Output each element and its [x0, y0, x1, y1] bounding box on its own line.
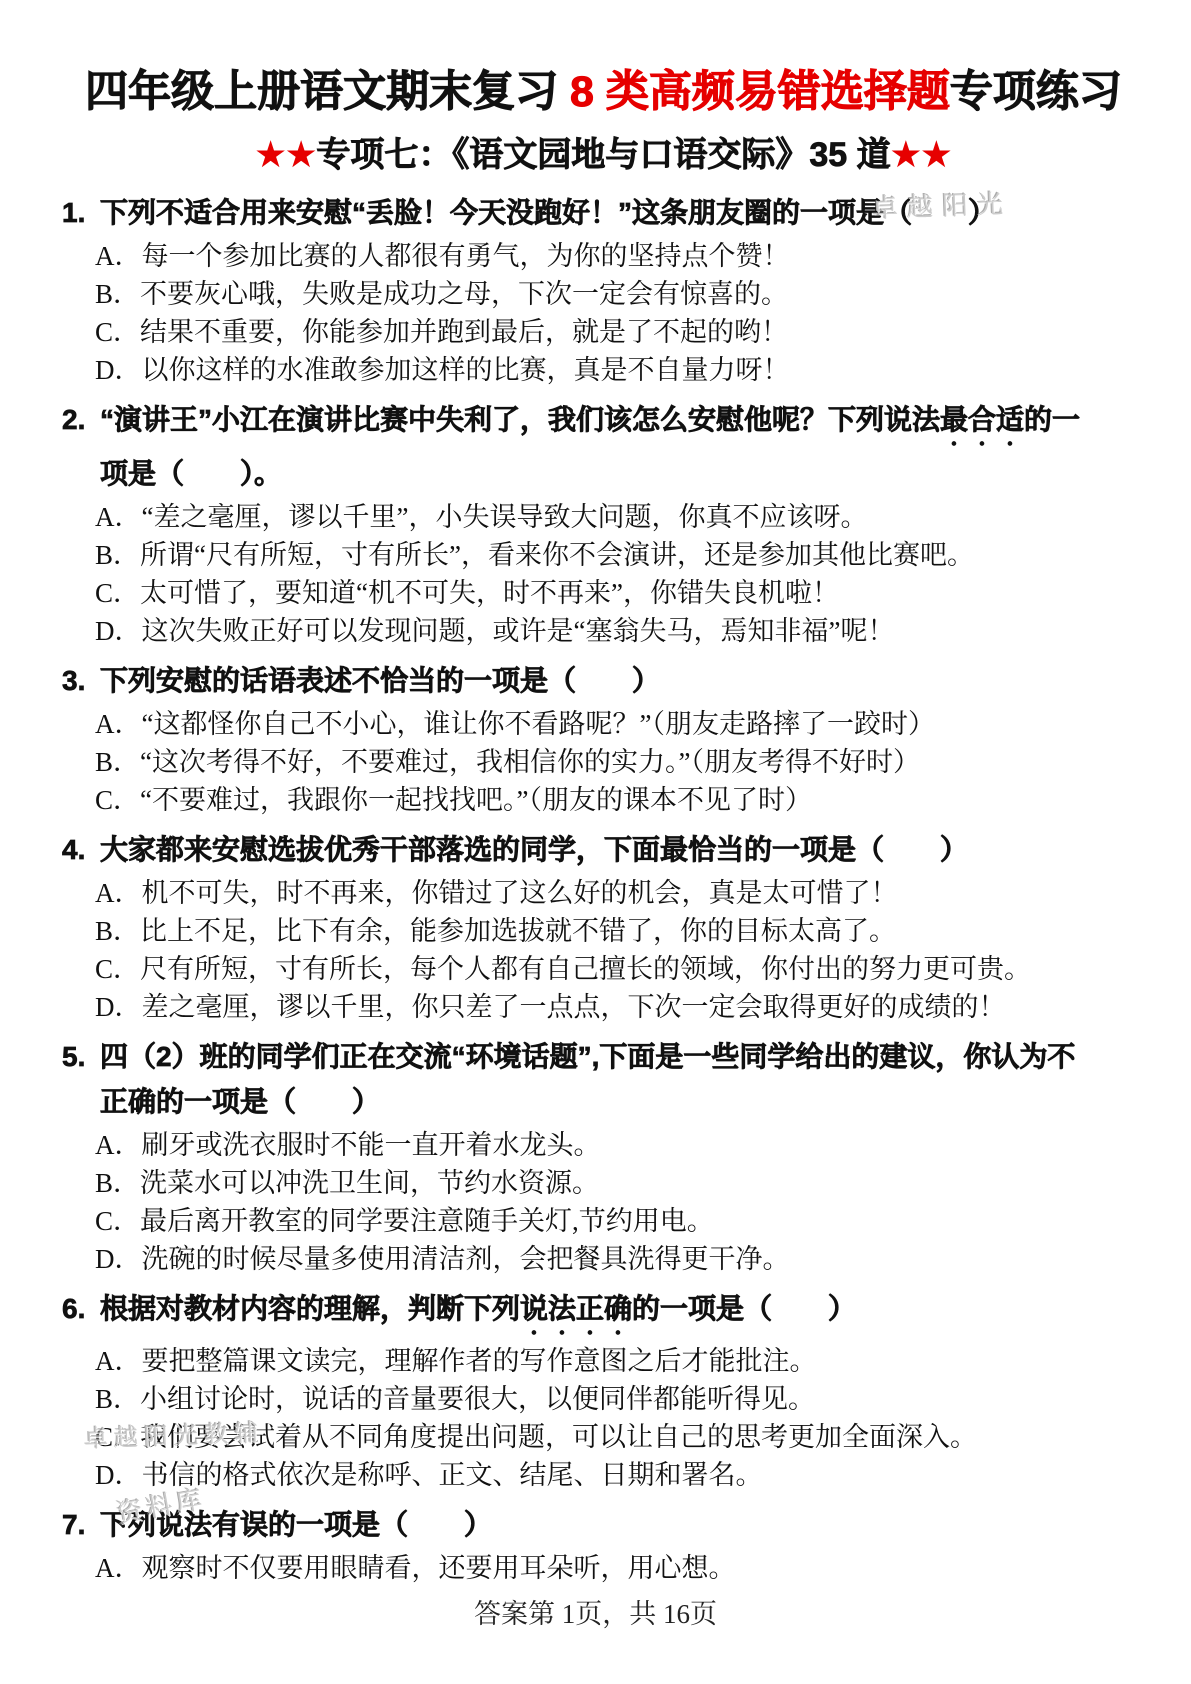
option: D．书信的格式依次是称呼、正文、结尾、日期和署名。: [95, 1456, 1145, 1494]
question-5: 5.四（2）班的同学们正在交流“环境话题”,下面是一些同学给出的建议，你认为不 …: [62, 1034, 1145, 1278]
option: A．“差之毫厘，谬以千里”，小失误导致大问题，你真不应该呀。: [95, 498, 1145, 536]
question-3: 3.下列安慰的话语表述不恰当的一项是（ ）A．“这都怪你自己不小心，谁让你不看路…: [62, 658, 1145, 819]
plain-text: 下列说法有误的一项是（ ）: [100, 1509, 492, 1540]
title-part-black-1: 四年级上册语文期末复习: [85, 68, 570, 116]
question-number: 3.: [62, 658, 100, 703]
question-title: 3.下列安慰的话语表述不恰当的一项是（ ）: [62, 658, 1145, 703]
question-title: 5.四（2）班的同学们正在交流“环境话题”,下面是一些同学给出的建议，你认为不 …: [62, 1034, 1145, 1124]
question-number: 7.: [62, 1502, 100, 1547]
option: B．比上不足，比下有余，能参加选拔就不错了，你的目标太高了。: [95, 912, 1145, 950]
option-list: A．每一个参加比赛的人都很有勇气，为你的坚持点个赞！B．不要灰心哦，失败是成功之…: [62, 237, 1145, 389]
question-4: 4.大家都来安慰选拔优秀干部落选的同学，下面最恰当的一项是（ ）A．机不可失，时…: [62, 827, 1145, 1026]
option: A．每一个参加比赛的人都很有勇气，为你的坚持点个赞！: [95, 237, 1145, 275]
page-content: 四年级上册语文期末复习 8 类高频易错选择题专项练习 ★★专项七：《语文园地与口…: [0, 0, 1191, 1587]
question-text: 下列安慰的话语表述不恰当的一项是（ ）: [100, 658, 660, 703]
option: A．刷牙或洗衣服时不能一直开着水龙头。: [95, 1126, 1145, 1164]
option-list: A．刷牙或洗衣服时不能一直开着水龙头。B．洗菜水可以冲洗卫生间，节约水资源。C．…: [62, 1126, 1145, 1278]
plain-text: 的一项是（ ）: [632, 1293, 856, 1324]
question-list: 1.下列不适合用来安慰“丢脸！今天没跑好！”这条朋友圈的一项是（ ）A．每一个参…: [62, 190, 1145, 1587]
page-title: 四年级上册语文期末复习 8 类高频易错选择题专项练习: [62, 68, 1145, 117]
option: C．“不要难过，我跟你一起找找吧。”（朋友的课本不见了时）: [95, 781, 1145, 819]
option: C．尺有所短，寸有所长，每个人都有自己擅长的领域，你付出的努力更可贵。: [95, 950, 1145, 988]
stars-left-icon: ★★: [255, 136, 316, 174]
emphasized-text: 最合适: [940, 404, 1024, 435]
question-title: 7.下列说法有误的一项是（ ）: [62, 1502, 1145, 1547]
question-text: 大家都来安慰选拔优秀干部落选的同学，下面最恰当的一项是（ ）: [100, 827, 968, 872]
option: C．太可惜了，要知道“机不可失，时不再来”，你错失良机啦！: [95, 574, 1145, 612]
option: B．所谓“尺有所短，寸有所长”，看来你不会演讲，还是参加其他比赛吧。: [95, 536, 1145, 574]
question-number: 5.: [62, 1034, 100, 1124]
option: B．小组讨论时，说话的音量要很大，以便同伴都能听得见。: [95, 1380, 1145, 1418]
option: D．洗碗的时候尽量多使用清洁剂，会把餐具洗得更干净。: [95, 1240, 1145, 1278]
question-number: 1.: [62, 190, 100, 235]
option-list: A．“差之毫厘，谬以千里”，小失误导致大问题，你真不应该呀。B．所谓“尺有所短，…: [62, 498, 1145, 650]
option-list: A．机不可失，时不再来，你错过了这么好的机会，真是太可惜了！B．比上不足，比下有…: [62, 874, 1145, 1026]
question-7: 7.下列说法有误的一项是（ ）A．观察时不仅要用眼睛看，还要用耳朵听，用心想。: [62, 1502, 1145, 1587]
option: B．不要灰心哦，失败是成功之母，下次一定会有惊喜的。: [95, 275, 1145, 313]
question-title: 6.根据对教材内容的理解，判断下列说法正确的一项是（ ）: [62, 1286, 1145, 1340]
plain-text: 下列安慰的话语表述不恰当的一项是（ ）: [100, 665, 660, 696]
option: A．要把整篇课文读完，理解作者的写作意图之后才能批注。: [95, 1342, 1145, 1380]
emphasized-text: 说法正确: [520, 1293, 632, 1324]
question-text: 下列不适合用来安慰“丢脸！今天没跑好！”这条朋友圈的一项是（ ）: [100, 190, 996, 235]
question-2: 2.“演讲王”小江在演讲比赛中失利了，我们该怎么安慰他呢？下列说法最合适的一 项…: [62, 397, 1145, 650]
question-title: 2.“演讲王”小江在演讲比赛中失利了，我们该怎么安慰他呢？下列说法最合适的一 项…: [62, 397, 1145, 496]
option: D．以你这样的水准敢参加这样的比赛，真是不自量力呀！: [95, 351, 1145, 389]
option-list: A．观察时不仅要用眼睛看，还要用耳朵听，用心想。: [62, 1549, 1145, 1587]
question-6: 6.根据对教材内容的理解，判断下列说法正确的一项是（ ）A．要把整篇课文读完，理…: [62, 1286, 1145, 1494]
option: A．观察时不仅要用眼睛看，还要用耳朵听，用心想。: [95, 1549, 1145, 1587]
title-part-black-2: 专项练习: [950, 68, 1122, 116]
option: A．“这都怪你自己不小心，谁让你不看路呢？”（朋友走路摔了一跤时）: [95, 705, 1145, 743]
question-number: 6.: [62, 1286, 100, 1340]
page-footer: 答案第 1页，共 16页: [0, 1592, 1191, 1631]
option: D．差之毫厘，谬以千里，你只差了一点点，下次一定会取得更好的成绩的！: [95, 988, 1145, 1026]
question-title: 4.大家都来安慰选拔优秀干部落选的同学，下面最恰当的一项是（ ）: [62, 827, 1145, 872]
page-subtitle: ★★专项七：《语文园地与口语交际》35 道★★: [62, 135, 1145, 176]
option: B．“这次考得不好，不要难过，我相信你的实力。”（朋友考得不好时）: [95, 743, 1145, 781]
option: C．我们要尝试着从不同角度提出问题，可以让自己的思考更加全面深入。: [95, 1418, 1145, 1456]
plain-text: 大家都来安慰选拔优秀干部落选的同学，下面最恰当的一项是（ ）: [100, 834, 968, 865]
question-1: 1.下列不适合用来安慰“丢脸！今天没跑好！”这条朋友圈的一项是（ ）A．每一个参…: [62, 190, 1145, 389]
title-part-red: 8 类高频易错选择题: [570, 68, 950, 116]
option: A．机不可失，时不再来，你错过了这么好的机会，真是太可惜了！: [95, 874, 1145, 912]
question-number: 4.: [62, 827, 100, 872]
option-list: A．要把整篇课文读完，理解作者的写作意图之后才能批注。B．小组讨论时，说话的音量…: [62, 1342, 1145, 1494]
option: D．这次失败正好可以发现问题，或许是“塞翁失马，焉知非福”呢！: [95, 612, 1145, 650]
subtitle-text: 专项七：《语文园地与口语交际》35 道: [316, 136, 890, 174]
question-number: 2.: [62, 397, 100, 496]
question-title: 1.下列不适合用来安慰“丢脸！今天没跑好！”这条朋友圈的一项是（ ）: [62, 190, 1145, 235]
question-text: 四（2）班的同学们正在交流“环境话题”,下面是一些同学给出的建议，你认为不 正确…: [100, 1034, 1075, 1124]
plain-text: 四（2）班的同学们正在交流“环境话题”,下面是一些同学给出的建议，你认为不 正确…: [100, 1041, 1075, 1117]
plain-text: 根据对教材内容的理解，判断下列: [100, 1293, 520, 1324]
option: B．洗菜水可以冲洗卫生间，节约水资源。: [95, 1164, 1145, 1202]
option-list: A．“这都怪你自己不小心，谁让你不看路呢？”（朋友走路摔了一跤时）B．“这次考得…: [62, 705, 1145, 819]
option: C．最后离开教室的同学要注意随手关灯,节约用电。: [95, 1202, 1145, 1240]
question-text: “演讲王”小江在演讲比赛中失利了，我们该怎么安慰他呢？下列说法最合适的一 项是（…: [100, 397, 1080, 496]
stars-right-icon: ★★: [891, 136, 952, 174]
question-text: 下列说法有误的一项是（ ）: [100, 1502, 492, 1547]
question-text: 根据对教材内容的理解，判断下列说法正确的一项是（ ）: [100, 1286, 856, 1340]
plain-text: “演讲王”小江在演讲比赛中失利了，我们该怎么安慰他呢？下列说法: [100, 404, 940, 435]
worksheet-page: { "header": { "title_black_1": "四年级上册语文期…: [0, 0, 1191, 1684]
plain-text: 下列不适合用来安慰“丢脸！今天没跑好！”这条朋友圈的一项是（ ）: [100, 197, 996, 228]
option: C．结果不重要，你能参加并跑到最后，就是了不起的哟！: [95, 313, 1145, 351]
